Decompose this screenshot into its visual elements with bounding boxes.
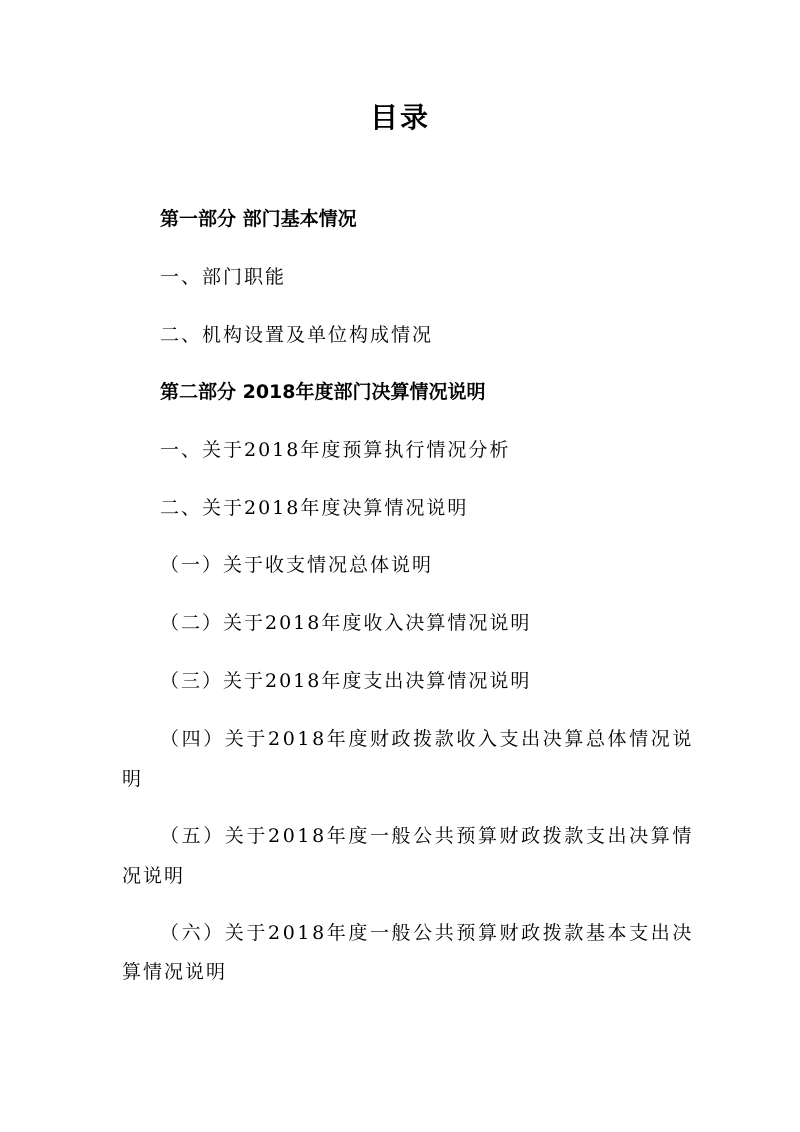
toc-subentry-3: （三）关于2018年度支出决算情况说明 (160, 669, 531, 693)
toc-subentry-5-continuation: 况说明 (122, 864, 185, 888)
toc-entry-budget-execution: 一、关于2018年度预算执行情况分析 (160, 438, 510, 462)
toc-subentry-5: （五）关于2018年度一般公共预算财政拨款支出决算情 (160, 824, 694, 848)
toc-entry-organization-structure: 二、机构设置及单位构成情况 (160, 323, 433, 347)
toc-subentry-6: （六）关于2018年度一般公共预算财政拨款基本支出决 (160, 921, 694, 945)
toc-part-1-heading: 第一部分 部门基本情况 (160, 207, 357, 231)
toc-subentry-6-continuation: 算情况说明 (122, 960, 227, 984)
toc-subentry-1: （一）关于收支情况总体说明 (160, 553, 433, 577)
toc-part-2-heading: 第二部分 2018年度部门决算情况说明 (160, 380, 486, 404)
toc-entry-department-functions: 一、部门职能 (160, 265, 286, 289)
toc-entry-final-accounts: 二、关于2018年度决算情况说明 (160, 496, 468, 520)
toc-subentry-4-continuation: 明 (122, 767, 143, 791)
toc-subentry-4: （四）关于2018年度财政拨款收入支出决算总体情况说 (160, 727, 694, 751)
toc-subentry-2: （二）关于2018年度收入决算情况说明 (160, 611, 531, 635)
toc-title: 目录 (0, 96, 800, 136)
